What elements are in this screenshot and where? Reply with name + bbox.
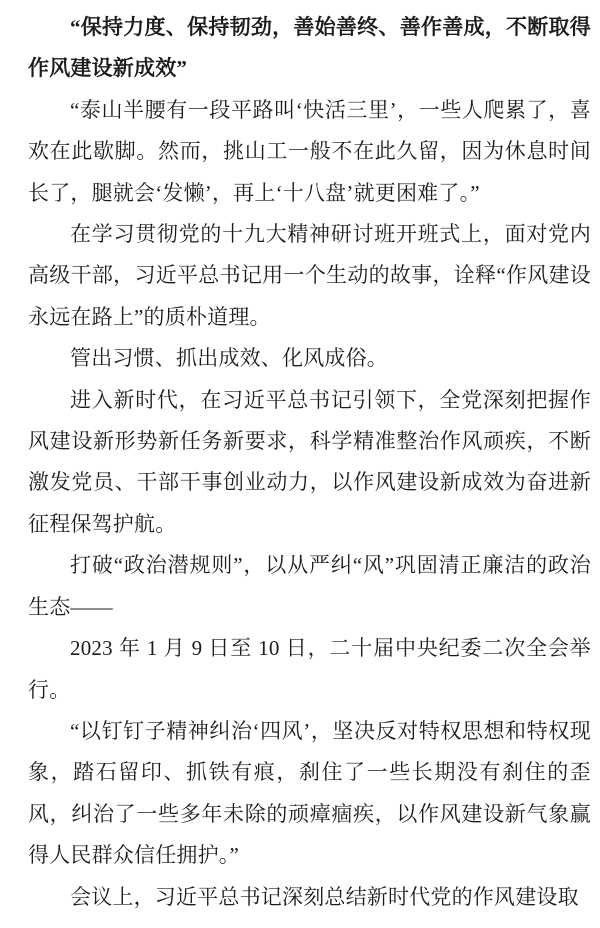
paragraph-meeting-summary: 会议上，习近平总书记深刻总结新时代党的作风建设取 [28, 877, 591, 918]
paragraph-new-era: 进入新时代，在习近平总书记引领下，全党深刻把握作风建设新形势新任务新要求，科学精… [28, 380, 591, 546]
paragraph-taishan-story: “泰山半腰有一段平路叫‘快活三里’，一些人爬累了，喜欢在此歇脚。然而，挑山工一般… [28, 90, 591, 214]
paragraph-four-winds-quote: “以钉钉子精神纠治‘四风’，坚决反对特权思想和特权现象，踏石留印、抓铁有痕，刹住… [28, 711, 591, 877]
paragraph-seminar-story: 在学习贯彻党的十九大精神研讨班开班式上，面对党内高级干部，习近平总书记用一个生动… [28, 214, 591, 338]
quote-heading: “保持力度、保持韧劲，善始善终、善作善成，不断取得作风建设新成效” [28, 7, 591, 90]
paragraph-political-ecology: 打破“政治潜规则”，以从严纠“风”巩固清正廉洁的政治生态—— [28, 545, 591, 628]
paragraph-plenary-date: 2023 年 1 月 9 日至 10 日，二十届中央纪委二次全会举行。 [28, 628, 591, 711]
document-page: “保持力度、保持韧劲，善始善终、善作善成，不断取得作风建设新成效” “泰山半腰有… [0, 0, 600, 928]
paragraph-slogan: 管出习惯、抓出成效、化风成俗。 [28, 338, 591, 379]
